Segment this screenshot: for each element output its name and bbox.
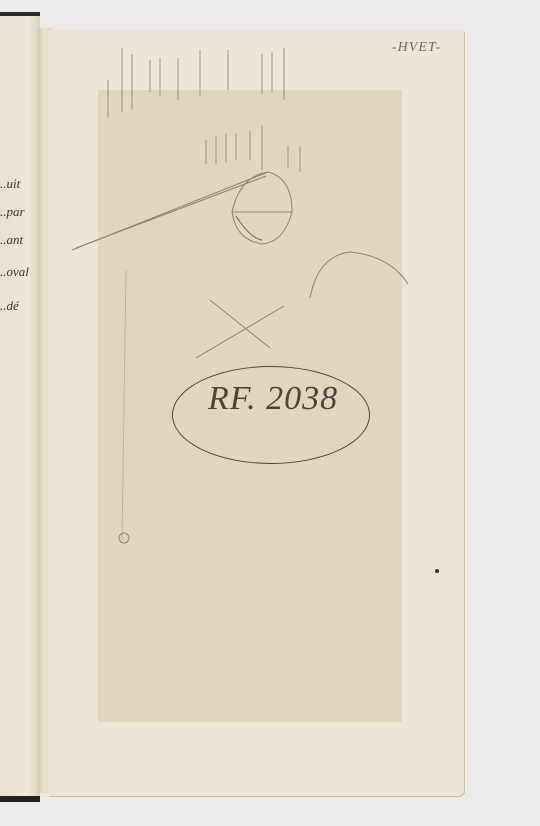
- collection-stamp-text: RF. 2038: [208, 380, 338, 418]
